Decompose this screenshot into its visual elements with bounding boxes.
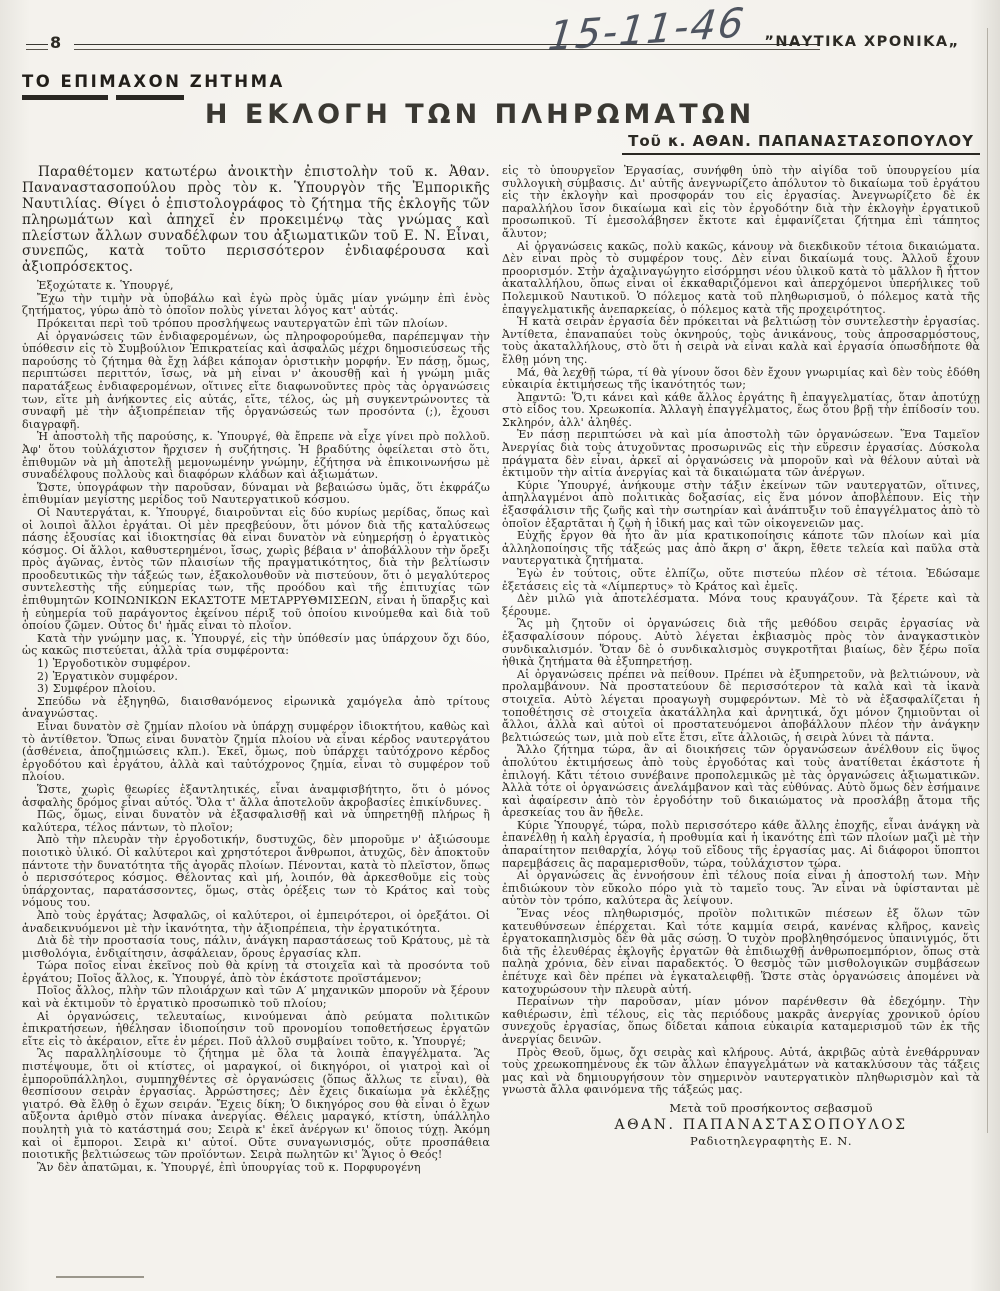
article-paragraph: Αἱ ὀργανώσεις, τελευταίως, κινούμεναι ἀπ… bbox=[22, 1011, 490, 1049]
article-paragraph: Ἡ ἀποστολὴ τῆς παρούσης, κ. Ὑπουργέ, θὰ … bbox=[22, 431, 490, 481]
section-header: ΤΟ ΕΠΙΜΑΧΟΝ ΖΗΤΗΜΑ bbox=[22, 72, 285, 91]
page-edge-rule bbox=[987, 28, 989, 1133]
handwritten-date: 15-11-46 bbox=[546, 0, 780, 60]
article-paragraph: Κύριε Ὑπουργέ, τώρα, πολὺ περισσότερο κά… bbox=[502, 820, 980, 870]
article-paragraph: Ἐγὼ ἐν τούτοις, οὔτε ἐλπίζω, οὔτε πιστεύ… bbox=[502, 568, 980, 593]
article-paragraph: Ἀπὸ τοὺς ἐργάτας; Ἀσφαλῶς, οἱ καλύτεροι,… bbox=[22, 910, 490, 935]
article-paragraph: Ἕνας νέος πληθωρισμός, προϊὸν πολιτικῶν … bbox=[502, 908, 980, 996]
article-paragraph: Αἱ ὀργανώσεις πρέπει νὰ πείθουν. Πρέπει … bbox=[502, 669, 980, 745]
article-paragraph: Ἄλλο ζήτημα τώρα, ἂν αἱ διοικήσεις τῶν ὀ… bbox=[502, 744, 980, 820]
header-rule-left bbox=[26, 44, 48, 50]
article-paragraph: Κύριε Ὑπουργέ, ἀνήκουμε στὴν τάξιν ἐκείν… bbox=[502, 480, 980, 530]
newspaper-page: 8 15-11-46 ”ΝΑΥΤΙΚΑ ΧΡΟΝΙΚΑ„ ΤΟ ΕΠΙΜΑΧΟΝ… bbox=[0, 0, 1000, 1291]
left-column-body: Ἐξοχώτατε κ. Ὑπουργέ,Ἔχω τὴν τιμὴν νὰ ὑπ… bbox=[22, 280, 490, 1174]
bottom-rule-mark bbox=[56, 1276, 144, 1278]
closing-salutation: Μετὰ τοῦ προσήκοντος σεβασμοῦ bbox=[502, 1102, 980, 1115]
article-paragraph: Κατὰ τὴν γνώμην μας, κ. Ὑπουργέ, εἰς τὴν… bbox=[22, 633, 490, 658]
article-paragraph: Πρὸς Θεοῦ, ὅμως, ὄχι σειρὰς καὶ κλήρους.… bbox=[502, 1047, 980, 1097]
article-paragraph: Ἂς παραλληλίσουμε τὸ ζήτημα μὲ ὅλα τὰ λο… bbox=[22, 1048, 490, 1161]
article-paragraph: Ἂς μὴ ζητοῦν οἱ ὀργανώσεις διὰ τῆς μεθόδ… bbox=[502, 618, 980, 668]
article-paragraph: Ποῖος ἄλλος, πλὴν τῶν πλοιάρχων καὶ τῶν … bbox=[22, 985, 490, 1010]
article-paragraph: Εἶναι δυνατὸν σὲ ζημίαν πλοίου νὰ ὑπάρχῃ… bbox=[22, 721, 490, 784]
article-paragraph: Οἱ Ναυτεργάται, κ. Ὑπουργέ, διαιροῦνται … bbox=[22, 507, 490, 633]
page-number: 8 bbox=[50, 33, 61, 52]
author-signature: ΑΘΑΝ. ΠΑΠΑΝΑΣΤΑΣΟΠΟΥΛΟΣ bbox=[502, 1117, 980, 1133]
author-title: Ραδιοτηλεγραφητὴς Ε. Ν. bbox=[502, 1135, 980, 1148]
article-paragraph: εἰς τὸ ὑπουργεῖον Ἐργασίας, συνήφθη ὑπὸ … bbox=[502, 165, 980, 241]
article-paragraph: Αἱ ὀργανώσεις ἂς ἐννοήσουν ἐπὶ τέλους πο… bbox=[502, 870, 980, 908]
article-paragraph: Σπεύδω νὰ ἐξηγηθῶ, διαισθανόμενος εἰρωνι… bbox=[22, 696, 490, 721]
article-paragraph: Πρόκειται περὶ τοῦ τρόπου προσλήψεως ναυ… bbox=[22, 318, 490, 331]
article-paragraph: Αἱ ὀργανώσεις τῶν ἐνδιαφερομένων, ὡς πλη… bbox=[22, 331, 490, 432]
article-paragraph: Ἂν δὲν ἀπατῶμαι, κ. Ὑπουργέ, ἐπὶ ὑπουργί… bbox=[22, 1162, 490, 1175]
article-paragraph: Ἔχω τὴν τιμὴν νὰ ὑποβάλω καὶ ἐγὼ πρὸς ὑμ… bbox=[22, 293, 490, 318]
article-paragraph: Αἱ ὀργανώσεις κακῶς, πολὺ κακῶς, κάνουν … bbox=[502, 241, 980, 317]
right-column-body: εἰς τὸ ὑπουργεῖον Ἐργασίας, συνήφθη ὑπὸ … bbox=[502, 165, 980, 1097]
article-paragraph: Διὰ δὲ τὴν προστασία τους, πάλιν, ἀνάγκη… bbox=[22, 935, 490, 960]
article-paragraph: Ὥστε, ὑπογράφων τὴν παροῦσαν, δύναμαι νὰ… bbox=[22, 482, 490, 507]
article-byline: Τοῦ κ. ΑΘΑΝ. ΠΑΠΑΝΑΣΤΑΣΟΠΟΥΛΟΥ bbox=[622, 132, 980, 155]
article-paragraph: Δὲν μιλῶ γιὰ ἀποτελέσματα. Μόνα τους κρα… bbox=[502, 593, 980, 618]
article-headline: Η ΕΚΛΟΓΗ ΤΩΝ ΠΛΗΡΩΜΑΤΩΝ bbox=[150, 99, 810, 130]
section-underline-left bbox=[22, 95, 108, 100]
article-paragraph: Εὐχῆς ἔργον θὰ ἦτο ἂν μία κρατικοποίησις… bbox=[502, 530, 980, 568]
article-paragraph: 3) Συμφέρον πλοίου. bbox=[22, 683, 490, 696]
article-paragraph: 1) Ἐργοδοτικὸν συμφέρον. bbox=[22, 658, 490, 671]
masthead-title: ”ΝΑΥΤΙΚΑ ΧΡΟΝΙΚΑ„ bbox=[742, 34, 982, 50]
lead-paragraph: Παραθέτομεν κατωτέρω ἀνοικτὴν ἐπιστολὴν … bbox=[22, 165, 490, 276]
article-paragraph: Ἐν πάσῃ περιπτώσει νὰ καὶ μία ἀποστολὴ τ… bbox=[502, 429, 980, 479]
article-paragraph: Ἐξοχώτατε κ. Ὑπουργέ, bbox=[22, 280, 490, 293]
right-column: εἰς τὸ ὑπουργεῖον Ἐργασίας, συνήφθη ὑπὸ … bbox=[502, 165, 980, 1148]
article-paragraph: Ὥστε, χωρὶς θεωρίες ἐξαντλητικές, εἶναι … bbox=[22, 784, 490, 809]
closing-block: Μετὰ τοῦ προσήκοντος σεβασμοῦ ΑΘΑΝ. ΠΑΠΑ… bbox=[502, 1102, 980, 1148]
article-paragraph: Περαίνων τὴν παροῦσαν, μίαν μόνον παρένθ… bbox=[502, 996, 980, 1046]
article-paragraph: Τώρα ποῖος εἶναι ἐκεῖνος ποὺ θὰ κρίνῃ τὰ… bbox=[22, 960, 490, 985]
article-paragraph: Ἀπὸ τὴν πλευρὰν τὴν ἐργοδοτικήν, δυστυχῶ… bbox=[22, 834, 490, 910]
article-paragraph: Ἀπαντῶ: Ὅ,τι κάνει καὶ κάθε ἄλλος ἐργάτη… bbox=[502, 392, 980, 430]
article-paragraph: Πῶς, ὅμως, εἶναι δυνατὸν νὰ ἐξασφαλισθῇ … bbox=[22, 809, 490, 834]
article-paragraph: Ἡ κατὰ σειρὰν ἐργασία δὲν πρόκειται νὰ β… bbox=[502, 316, 980, 366]
left-column: Παραθέτομεν κατωτέρω ἀνοικτὴν ἐπιστολὴν … bbox=[22, 165, 490, 1174]
article-paragraph: Μά, θὰ λεχθῇ τώρα, τί θὰ γίνουν ὅσοι δὲν… bbox=[502, 367, 980, 392]
